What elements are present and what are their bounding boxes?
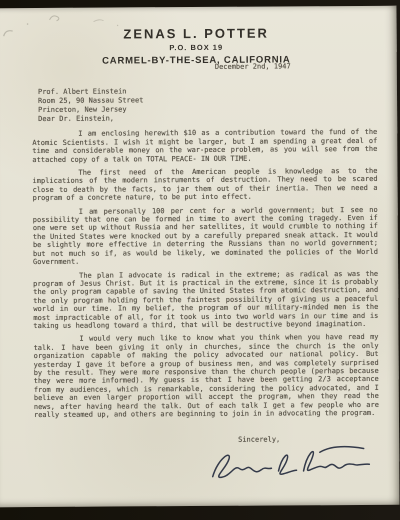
signature [205,436,377,493]
paragraph-2: The first need of the American people is… [32,167,377,203]
salutation: Dear Dr. Einstein, [38,113,377,123]
letterhead: ZENAS L. POTTER P.O. BOX 19 CARMEL-BY-TH… [0,25,397,67]
scanned-letter-frame: ZENAS L. POTTER P.O. BOX 19 CARMEL-BY-TH… [0,0,400,520]
paragraph-5: I would very much like to know what you … [33,333,379,419]
letter-paper: ZENAS L. POTTER P.O. BOX 19 CARMEL-BY-TH… [0,6,400,507]
paragraph-4: The plan I advocate is radical in the ex… [33,269,378,330]
recipient-city: Princeton, New Jersey [38,105,143,114]
recipient-address: Prof. Albert Einstein Room 25, 90 Nassau… [38,87,144,114]
letterhead-city: CARMEL-BY-THE-SEA, CALIFORNIA [0,54,397,67]
paragraph-3: I am personally 100 per cent for a world… [33,206,378,267]
paragraph-1: I am enclosing herewith $10 as a contrib… [32,128,377,164]
letterhead-name: ZENAS L. POTTER [0,25,397,42]
letter-body: Dear Dr. Einstein, I am enclosing herewi… [32,113,379,425]
recipient-street: Room 25, 90 Nassau Street [38,96,143,105]
letter-date: December 2nd, 1947 [215,62,291,70]
letterhead-pobox: P.O. BOX 19 [0,42,397,53]
